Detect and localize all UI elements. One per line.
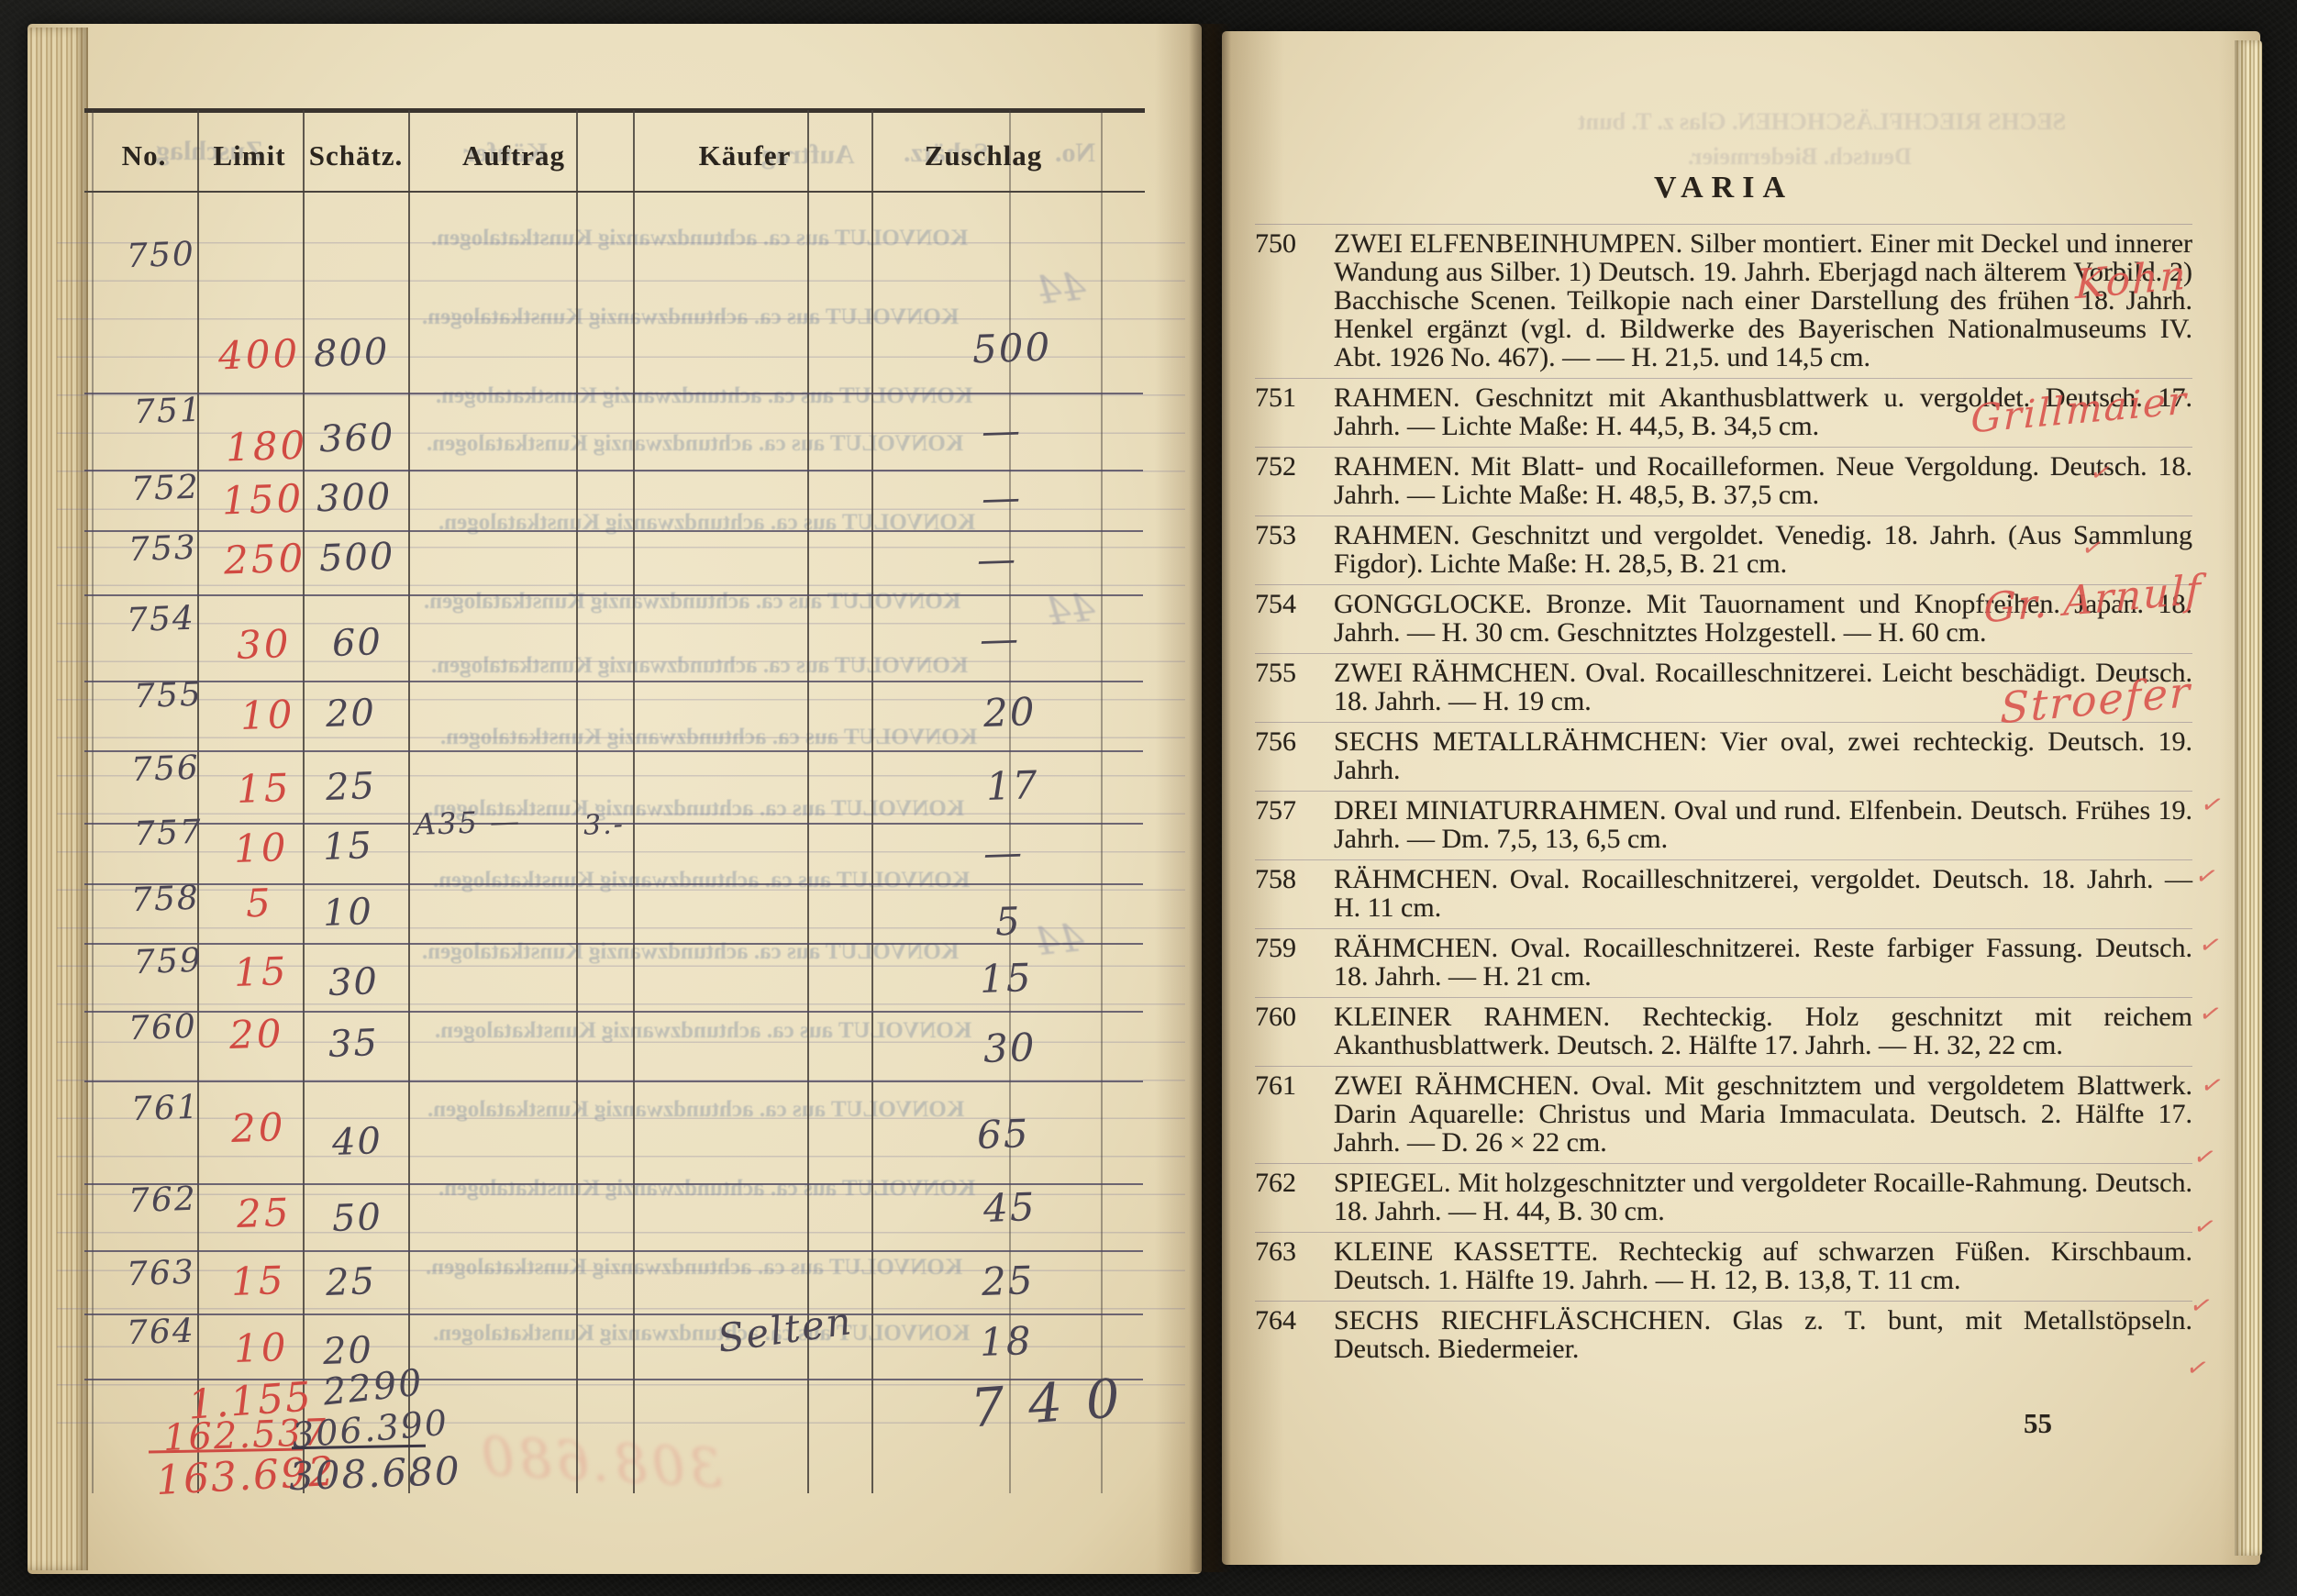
row-separator — [84, 1081, 1143, 1082]
check-mark-icon: ✓ — [2089, 457, 2112, 490]
lot-no: 751 — [133, 392, 203, 432]
header-auftrag: Auftrag — [462, 139, 565, 172]
header-schatz: Schätz. — [309, 139, 404, 172]
lot-number: 758 — [1255, 865, 1334, 893]
catalog-entry: 762SPIEGEL. Mit holzgeschnitzter und ver… — [1255, 1164, 2192, 1233]
lot-number: 762 — [1255, 1169, 1334, 1197]
estimate-value: 15 — [322, 825, 373, 869]
lot-no: 750 — [126, 236, 195, 276]
check-mark-icon: ✓ — [2189, 1290, 2212, 1323]
row-separator — [84, 530, 1143, 532]
estimate-value: 800 — [313, 331, 390, 376]
row-separator — [84, 1183, 1143, 1185]
column-line — [633, 110, 635, 1493]
show-through-text: SECHS RIECHFLÄSCHCHEN. Glas z. T. bunt — [1578, 108, 2066, 136]
lot-no: 757 — [133, 814, 203, 854]
entry-text: DREI MINIATURRAHMEN. Oval und rund. Elfe… — [1334, 795, 2192, 854]
lot-no: 759 — [133, 942, 203, 982]
catalog-entry: 763KLEINE KASSETTE. Rechteckig auf schwa… — [1255, 1233, 2192, 1302]
row-separator — [84, 1250, 1143, 1252]
hammer-price: 15 — [979, 955, 1033, 1002]
estimate-value: 50 — [331, 1196, 383, 1240]
limit-value: 150 — [221, 475, 305, 523]
lot-number: 753 — [1255, 521, 1334, 549]
catalog-entry: 756SECHS METALLRÄHMCHEN: Vier oval, zwei… — [1255, 723, 2192, 792]
limit-value: 180 — [225, 422, 308, 470]
auftrag-note-2: 3.- — [583, 808, 625, 842]
entry-text: KLEINER RAHMEN. Rechteckig. Holz geschni… — [1334, 1002, 2192, 1060]
row-separator — [84, 883, 1143, 885]
hammer-price: 18 — [979, 1318, 1033, 1365]
section-title: VARIA — [1255, 171, 2192, 205]
header-zuschlag: Zuschlag — [925, 139, 1043, 172]
check-mark-icon: ✓ — [2200, 1070, 2223, 1103]
estimate-value: 25 — [325, 1260, 376, 1304]
row-separator — [84, 393, 1143, 394]
lot-number: 755 — [1255, 659, 1334, 687]
estimate-value: 300 — [316, 476, 393, 521]
check-mark-icon: ✓ — [2198, 998, 2221, 1031]
column-line — [303, 110, 305, 1493]
column-line — [576, 110, 578, 1493]
lot-no: 762 — [128, 1180, 197, 1221]
lot-no: 754 — [126, 600, 195, 640]
check-mark-icon: ✓ — [2200, 789, 2223, 822]
limit-value: 25 — [236, 1190, 292, 1236]
limit-value: 15 — [230, 1258, 286, 1304]
estimate-value: 20 — [325, 692, 376, 736]
lot-no: 761 — [130, 1089, 200, 1129]
hammer-price: 65 — [976, 1111, 1030, 1158]
column-line — [197, 110, 199, 1493]
column-line — [408, 110, 410, 1493]
header-kaufer: Käufer — [699, 139, 792, 172]
limit-value: 15 — [236, 765, 292, 812]
catalog-entry: 750ZWEI ELFENBEINHUMPEN. Silber montiert… — [1255, 225, 2192, 379]
lot-number: 757 — [1255, 796, 1334, 825]
limit-value: 10 — [233, 825, 289, 871]
entry-text: SECHS RIECHFLÄSCHCHEN. Glas z. T. bunt, … — [1334, 1305, 2192, 1364]
entry-text: RÄHMCHEN. Oval. Rocailleschnitzerei, ver… — [1334, 864, 2192, 923]
table-header-rule — [84, 191, 1145, 193]
estimate-value: 10 — [322, 891, 373, 935]
catalog-entry: 764SECHS RIECHFLÄSCHCHEN. Glas z. T. bun… — [1255, 1302, 2192, 1369]
catalog-entry: 752RAHMEN. Mit Blatt- und Rocailleformen… — [1255, 448, 2192, 516]
entry-text: ZWEI RÄHMCHEN. Oval. Mit geschnitztem un… — [1334, 1070, 2192, 1158]
hammer-price: 17 — [985, 762, 1039, 809]
limit-value: 10 — [233, 1324, 289, 1371]
buyer-annotation: Kohn — [2075, 252, 2188, 309]
hammer-price: 45 — [982, 1184, 1037, 1231]
lot-number: 761 — [1255, 1071, 1334, 1100]
lot-no: 756 — [130, 749, 200, 790]
lot-number: 759 — [1255, 934, 1334, 962]
check-mark-icon: ✓ — [2194, 860, 2217, 893]
page-edge-stack-right — [2235, 40, 2262, 1556]
catalog-entry: 757DREI MINIATURRAHMEN. Oval und rund. E… — [1255, 792, 2192, 860]
row-separator — [84, 750, 1143, 752]
row-separator — [84, 594, 1143, 596]
catalog-entry: 758RÄHMCHEN. Oval. Rocailleschnitzerei, … — [1255, 860, 2192, 929]
lot-number: 751 — [1255, 383, 1334, 412]
lot-no: 760 — [128, 1008, 197, 1048]
catalog-content: VARIA 750ZWEI ELFENBEINHUMPEN. Silber mo… — [1255, 171, 2192, 1369]
lot-number: 760 — [1255, 1003, 1334, 1031]
show-through-text: No. — [1055, 138, 1095, 169]
catalog-entry: 759RÄHMCHEN. Oval. Rocailleschnitzerei. … — [1255, 929, 2192, 998]
lot-number: 752 — [1255, 452, 1334, 481]
entry-text: SECHS METALLRÄHMCHEN: Vier oval, zwei re… — [1334, 726, 2192, 785]
estimate-value: 500 — [318, 536, 395, 581]
entry-text: KLEINE KASSETTE. Rechteckig auf schwarze… — [1334, 1236, 2192, 1295]
check-mark-icon: ✓ — [2185, 1352, 2208, 1385]
row-separator — [84, 681, 1143, 682]
binding-gutter-shadow — [1189, 24, 1231, 1572]
column-line — [92, 110, 94, 1493]
show-through-text: Deutsch. Biedermeier. — [1688, 143, 1912, 171]
limit-value: 400 — [217, 330, 301, 378]
lot-number: 763 — [1255, 1237, 1334, 1266]
check-mark-icon: ✓ — [2081, 532, 2103, 565]
check-mark-icon: ✓ — [2192, 1141, 2215, 1174]
auftrag-note: A35 — — [414, 804, 521, 842]
table-top-rule — [84, 108, 1145, 113]
estimate-value: 40 — [331, 1120, 383, 1164]
limit-value: 20 — [228, 1011, 284, 1058]
estimate-value: 25 — [325, 765, 376, 809]
limit-value: 10 — [239, 692, 295, 738]
limit-value: 5 — [245, 880, 273, 925]
entry-text: ZWEI ELFENBEINHUMPEN. Silber montiert. E… — [1334, 228, 2192, 372]
hammer-price: — — [981, 407, 1023, 454]
lot-number: 764 — [1255, 1306, 1334, 1335]
catalog-entry: 760KLEINER RAHMEN. Rechteckig. Holz gesc… — [1255, 998, 2192, 1067]
column-line — [1101, 110, 1103, 1493]
row-separator — [84, 943, 1143, 945]
entry-text: RAHMEN. Geschnitzt und vergoldet. Venedi… — [1334, 520, 2192, 579]
column-line — [807, 110, 809, 1493]
lot-number: 754 — [1255, 590, 1334, 618]
show-through-red-total: 308.680 — [475, 1424, 724, 1500]
estimate-value: 35 — [327, 1022, 379, 1066]
lot-number: 750 — [1255, 229, 1334, 258]
estimate-value: 60 — [331, 621, 383, 665]
limit-value: 15 — [233, 948, 289, 995]
lot-no: 758 — [130, 880, 200, 920]
entry-text: SPIEGEL. Mit holzgeschnitzter und vergol… — [1334, 1168, 2192, 1226]
hammer-total: 740 — [969, 1366, 1146, 1440]
hammer-price: — — [976, 536, 1018, 582]
estimate-value: 360 — [318, 416, 395, 461]
hammer-price: — — [981, 474, 1023, 521]
check-mark-icon: ✓ — [2192, 1211, 2215, 1244]
header-limit: Limit — [213, 139, 285, 172]
header-no: No. — [122, 139, 167, 172]
estimate-value: 30 — [327, 960, 379, 1004]
hammer-price: — — [982, 829, 1025, 876]
row-separator — [84, 1313, 1143, 1315]
entry-text: RÄHMCHEN. Oval. Rocailleschnitzerei. Res… — [1334, 933, 2192, 992]
hammer-price: 30 — [982, 1025, 1037, 1071]
catalog-entry: 753RAHMEN. Geschnitzt und vergoldet. Ven… — [1255, 516, 2192, 585]
lot-no: 753 — [128, 529, 197, 570]
column-line — [871, 110, 873, 1493]
hammer-price: 20 — [982, 689, 1037, 736]
lot-no: 755 — [133, 676, 203, 716]
page-number: 55 — [2024, 1407, 2052, 1440]
lot-no: 764 — [126, 1313, 195, 1353]
catalog-entry: 761ZWEI RÄHMCHEN. Oval. Mit geschnitztem… — [1255, 1067, 2192, 1164]
hammer-price: 25 — [981, 1258, 1035, 1304]
check-mark-icon: ✓ — [2198, 929, 2221, 962]
row-separator — [84, 470, 1143, 471]
estimate-grand-total: 308.680 — [288, 1448, 461, 1500]
lot-no: 752 — [130, 469, 200, 509]
hammer-price: 500 — [971, 325, 1052, 372]
limit-value: 20 — [230, 1104, 286, 1151]
scanned-auction-ledger-spread: Zuschlag Käufer Auftrag Schätz. No. KONV… — [0, 0, 2297, 1596]
hammer-price: — — [979, 615, 1021, 662]
limit-value: 250 — [223, 535, 306, 582]
hammer-price: 5 — [994, 899, 1022, 945]
lot-no: 763 — [126, 1254, 195, 1294]
entry-text: RAHMEN. Mit Blatt- und Rocailleformen. N… — [1334, 451, 2192, 510]
lot-number: 756 — [1255, 727, 1334, 756]
limit-value: 30 — [236, 621, 292, 668]
